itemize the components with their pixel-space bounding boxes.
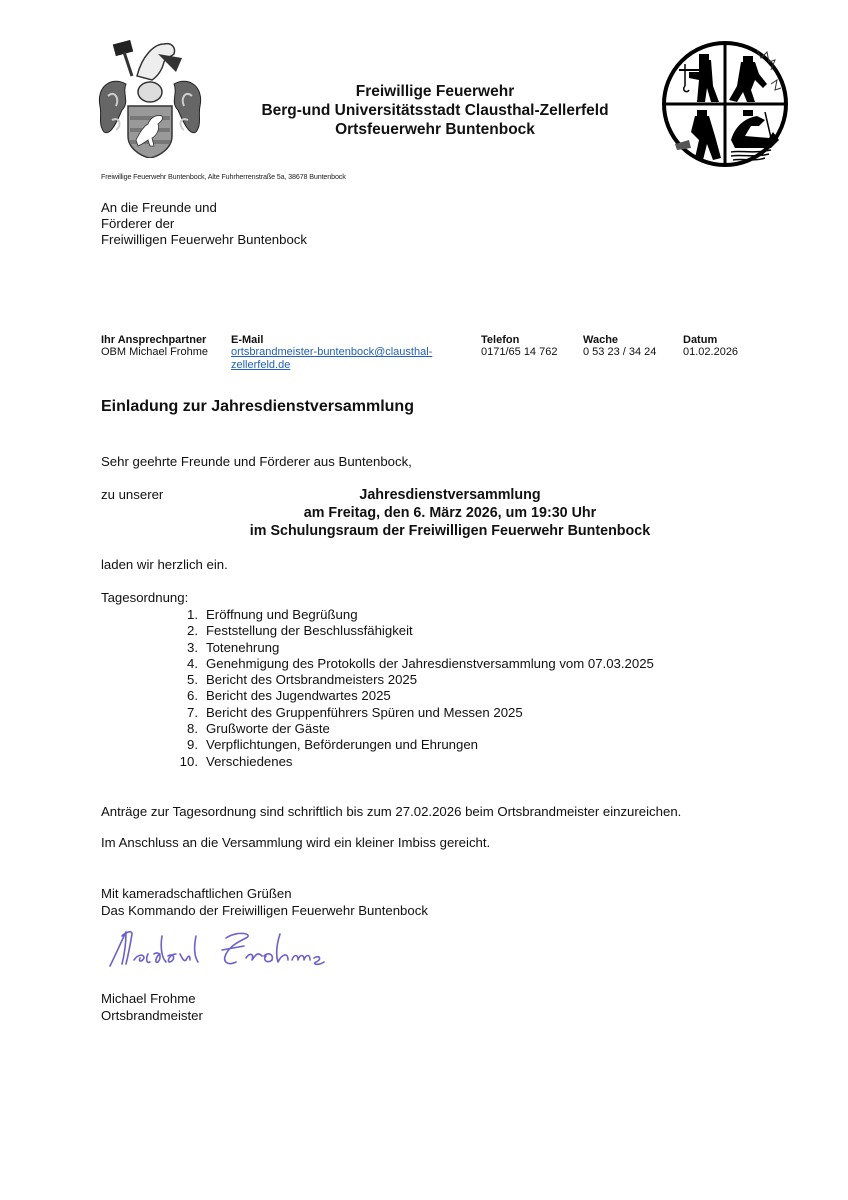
station-value: 0 53 23 / 34 24 — [583, 346, 656, 358]
closing: Mit kameradschaftlichen Grüßen Das Komma… — [101, 885, 428, 919]
agenda-item-number: 8. — [176, 721, 206, 737]
agenda-item-number: 4. — [176, 656, 206, 672]
salutation: Sehr geehrte Freunde und Förderer aus Bu… — [101, 454, 412, 470]
agenda-item: 1.Eröffnung und Begrüßung — [176, 607, 654, 623]
fire-brigade-emblem-icon — [661, 40, 789, 168]
event-details: Jahresdienstversammlung am Freitag, den … — [180, 486, 720, 540]
organisation-header: Freiwillige Feuerwehr Berg-und Universit… — [200, 82, 670, 139]
agenda-item-text: Verschiedenes — [206, 754, 293, 770]
closing-sender: Das Kommando der Freiwilligen Feuerwehr … — [101, 902, 428, 919]
station-phone-field: Wache 0 53 23 / 34 24 — [583, 334, 656, 359]
recipient-line: Förderer der — [101, 216, 307, 232]
sender-address-line: Freiwillige Feuerwehr Buntenbock, Alte F… — [101, 172, 346, 181]
agenda-item-number: 5. — [176, 672, 206, 688]
email-link[interactable]: ortsbrandmeister-buntenbock@clausthal- — [231, 346, 471, 358]
letter-subject: Einladung zur Jahresdienstversammlung — [101, 398, 414, 416]
agenda-item: 9.Verpflichtungen, Beförderungen und Ehr… — [176, 737, 654, 753]
agenda-item-text: Bericht des Ortsbrandmeisters 2025 — [206, 672, 417, 688]
phone-value: 0171/65 14 762 — [481, 346, 557, 358]
agenda-item-text: Totenehrung — [206, 640, 279, 656]
agenda-item: 4.Genehmigung des Protokolls der Jahresd… — [176, 656, 654, 672]
org-city: Berg-und Universitätsstadt Clausthal-Zel… — [200, 101, 670, 120]
email-link-continuation[interactable]: zellerfeld.de — [231, 359, 471, 371]
motions-deadline-note: Anträge zur Tagesordnung sind schriftlic… — [101, 804, 681, 820]
signer-name: Michael Frohme — [101, 990, 203, 1007]
agenda-item-number: 1. — [176, 607, 206, 623]
agenda-item-number: 9. — [176, 737, 206, 753]
agenda-item: 7.Bericht des Gruppenführers Spüren und … — [176, 705, 654, 721]
station-label: Wache — [583, 334, 656, 346]
event-location: im Schulungsraum der Freiwilligen Feuerw… — [180, 522, 720, 540]
closing-greeting: Mit kameradschaftlichen Grüßen — [101, 885, 428, 902]
signer: Michael Frohme Ortsbrandmeister — [101, 990, 203, 1024]
agenda-item-text: Eröffnung und Begrüßung — [206, 607, 358, 623]
date-label: Datum — [683, 334, 738, 346]
agenda-item-text: Bericht des Gruppenführers Spüren und Me… — [206, 705, 523, 721]
agenda-item: 10.Verschiedenes — [176, 754, 654, 770]
agenda-list: 1.Eröffnung und Begrüßung 2.Feststellung… — [176, 607, 654, 770]
agenda-item-text: Genehmigung des Protokolls der Jahresdie… — [206, 656, 654, 672]
date-value: 01.02.2026 — [683, 346, 738, 358]
agenda-item-text: Feststellung der Beschlussfähigkeit — [206, 623, 413, 639]
org-unit: Ortsfeuerwehr Buntenbock — [200, 120, 670, 139]
contact-person-value: OBM Michael Frohme — [101, 346, 208, 358]
invite-suffix: laden wir herzlich ein. — [101, 557, 228, 573]
signer-title: Ortsbrandmeister — [101, 1007, 203, 1024]
agenda-label: Tagesordnung: — [101, 590, 188, 606]
handwritten-signature-icon — [104, 924, 329, 976]
event-datetime: am Freitag, den 6. März 2026, um 19:30 U… — [180, 504, 720, 522]
agenda-item-text: Bericht des Jugendwartes 2025 — [206, 688, 391, 704]
agenda-item: 3.Totenehrung — [176, 640, 654, 656]
agenda-item: 8.Grußworte der Gäste — [176, 721, 654, 737]
email-field: E-Mail ortsbrandmeister-buntenbock@claus… — [231, 334, 471, 371]
phone-field: Telefon 0171/65 14 762 — [481, 334, 557, 359]
agenda-item-text: Grußworte der Gäste — [206, 721, 330, 737]
phone-label: Telefon — [481, 334, 557, 346]
intro-prefix: zu unserer — [101, 487, 163, 503]
contact-person-field: Ihr Ansprechpartner OBM Michael Frohme — [101, 334, 208, 359]
date-field: Datum 01.02.2026 — [683, 334, 738, 359]
agenda-item: 6.Bericht des Jugendwartes 2025 — [176, 688, 654, 704]
agenda-item-number: 3. — [176, 640, 206, 656]
agenda-item-number: 10. — [176, 754, 206, 770]
recipient-address: An die Freunde und Förderer der Freiwill… — [101, 200, 307, 249]
agenda-item-number: 2. — [176, 623, 206, 639]
org-name: Freiwillige Feuerwehr — [200, 82, 670, 101]
agenda-item-number: 6. — [176, 688, 206, 704]
recipient-line: An die Freunde und — [101, 200, 307, 216]
contact-person-label: Ihr Ansprechpartner — [101, 334, 208, 346]
event-title: Jahresdienstversammlung — [180, 486, 720, 504]
agenda-item: 5.Bericht des Ortsbrandmeisters 2025 — [176, 672, 654, 688]
recipient-line: Freiwilligen Feuerwehr Buntenbock — [101, 232, 307, 248]
snack-note: Im Anschluss an die Versammlung wird ein… — [101, 835, 490, 851]
agenda-item: 2.Feststellung der Beschlussfähigkeit — [176, 623, 654, 639]
email-label: E-Mail — [231, 334, 471, 346]
agenda-item-text: Verpflichtungen, Beförderungen und Ehrun… — [206, 737, 478, 753]
coat-of-arms-icon — [92, 36, 208, 158]
agenda-item-number: 7. — [176, 705, 206, 721]
